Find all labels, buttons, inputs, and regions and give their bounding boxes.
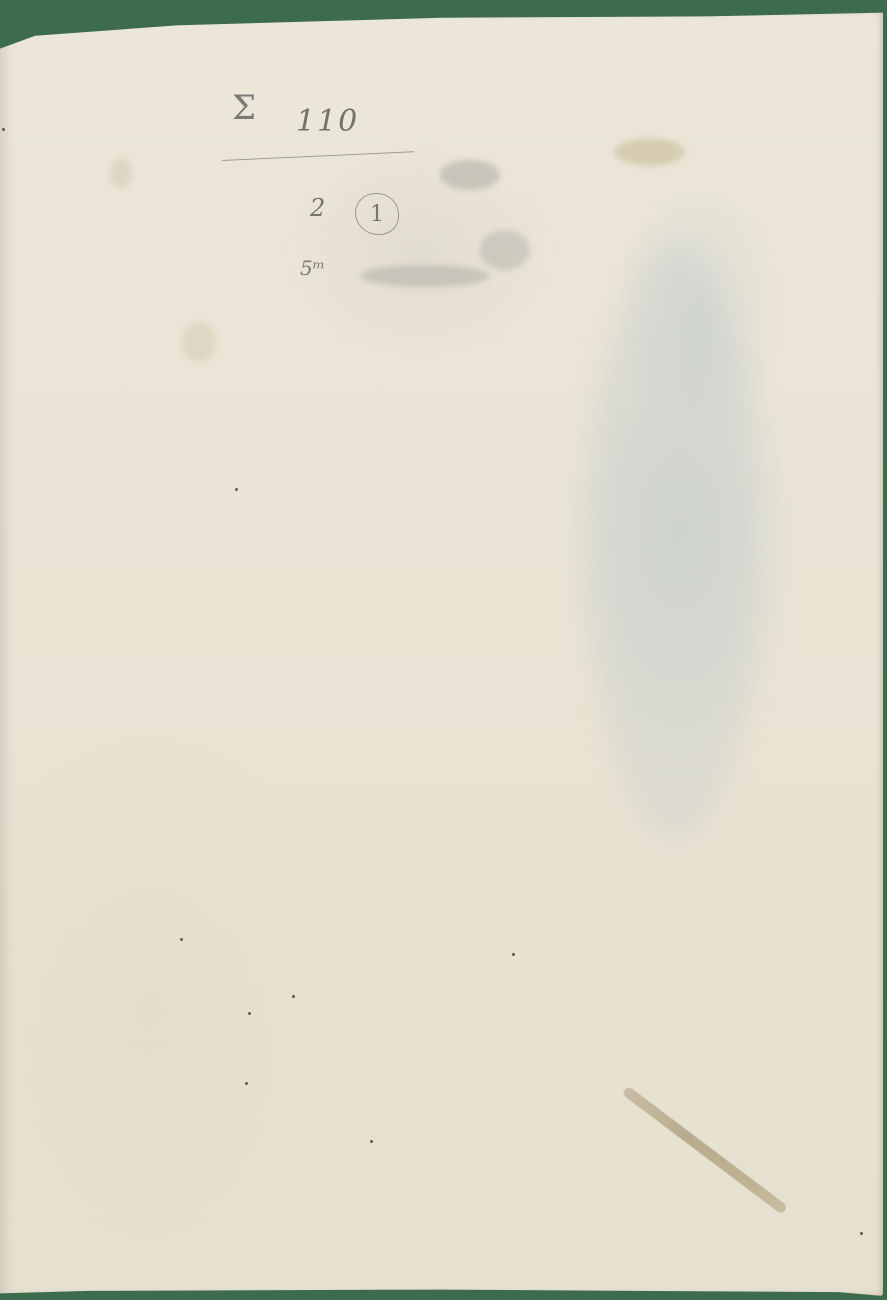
foxing-spot bbox=[615, 138, 685, 166]
bleed-through-smudge bbox=[480, 230, 530, 270]
foxing-spot bbox=[182, 322, 216, 362]
speck bbox=[248, 1012, 251, 1015]
foxing-spot bbox=[110, 158, 132, 188]
water-stain bbox=[622, 1086, 788, 1214]
pencil-rule-line bbox=[222, 151, 414, 161]
bleed-through-smudge bbox=[440, 160, 500, 190]
shelfmark-number: 110 bbox=[296, 104, 359, 139]
circled-annotation-text: 1 bbox=[370, 202, 384, 227]
circled-annotation: 1 bbox=[355, 193, 399, 235]
speck bbox=[235, 488, 238, 491]
speck bbox=[180, 938, 183, 941]
edition-annotation: 5ᵐ bbox=[300, 256, 325, 280]
speck bbox=[370, 1140, 373, 1143]
bleed-through-smudge bbox=[590, 240, 760, 840]
speck bbox=[245, 1082, 248, 1085]
speck bbox=[512, 953, 515, 956]
volume-number: 2 bbox=[310, 194, 325, 222]
speck bbox=[292, 995, 295, 998]
speck bbox=[860, 1232, 863, 1235]
sigma-annotation: Σ bbox=[232, 88, 256, 128]
bleed-through-smudge bbox=[360, 265, 490, 287]
document-page: Σ 110 2 1 5ᵐ bbox=[0, 10, 883, 1296]
speck bbox=[2, 128, 5, 131]
